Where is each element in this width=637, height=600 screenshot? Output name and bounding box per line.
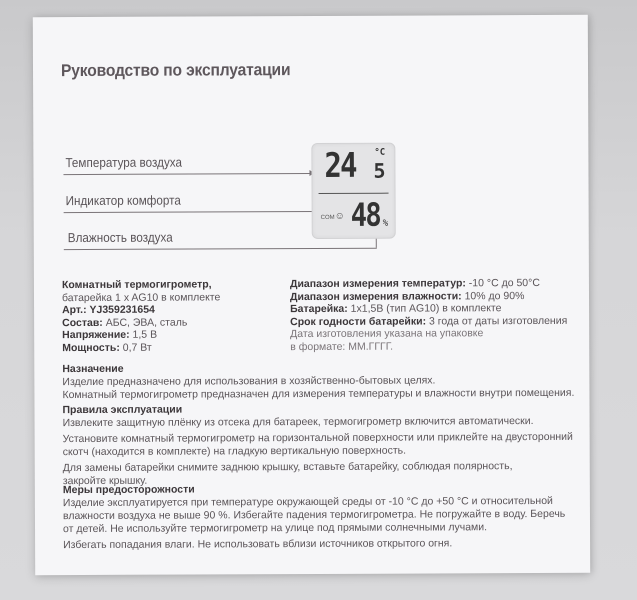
section-rules: Правила эксплуатации Извлеките защитную … bbox=[62, 402, 582, 488]
humidity-range-label: Диапазон измерения влажности: bbox=[290, 290, 462, 303]
manufacture-note-1: Дата изготовления указана на упаковке bbox=[290, 327, 567, 341]
comfort-label: COM bbox=[321, 215, 335, 221]
page-title: Руководство по эксплуатации bbox=[61, 60, 290, 81]
composition-label: Состав: bbox=[62, 316, 103, 328]
label-comfort-indicator: Индикатор комфорта bbox=[66, 193, 181, 209]
manufacture-note-2: в формате: ММ.ГГГГ. bbox=[290, 339, 567, 353]
humidity-range-value: 10% до 90% bbox=[462, 290, 525, 302]
voltage-label: Напряжение: bbox=[62, 329, 130, 341]
product-article: Арт.: YJ359231654 bbox=[62, 304, 155, 316]
temp-range-label: Диапазон измерения температур: bbox=[290, 277, 466, 290]
section-line: от детей. Не используйте термогигрометр … bbox=[63, 521, 583, 536]
power-value: 0,7 Вт bbox=[120, 341, 152, 353]
humidity-unit: % bbox=[383, 219, 388, 229]
specifications: Диапазон измерения температур: -10 °С до… bbox=[290, 277, 567, 353]
smiley-face-icon: ☺ bbox=[335, 211, 345, 222]
battery-life-label: Срок годности батарейки: bbox=[290, 315, 426, 328]
leader-line-temperature bbox=[63, 173, 311, 175]
composition-value: АБС, ЭВА, сталь bbox=[103, 316, 188, 328]
section-line: Для замены батарейки снимите заднюю крыш… bbox=[63, 460, 583, 475]
leader-line-humidity bbox=[64, 248, 377, 250]
product-name-line1: Комнатный термогигрометр, bbox=[62, 278, 212, 291]
section-line: Комнатный термогигрометр предназначен дл… bbox=[62, 387, 582, 402]
battery-life-value: 3 года от даты изготовления bbox=[426, 314, 567, 327]
power-label: Мощность: bbox=[62, 341, 120, 353]
section-line: Извлеките защитную плёнку из отсека для … bbox=[63, 415, 583, 430]
battery-label: Батарейка: bbox=[290, 303, 348, 315]
section-line: влажности воздуха не выше 90 %. Избегайт… bbox=[63, 508, 583, 523]
section-precautions: Меры предосторожности Изделие эксплуатир… bbox=[63, 482, 583, 552]
label-air-temperature: Температура воздуха bbox=[65, 155, 182, 171]
product-name-line2: батарейка 1 x AG10 в комплекте bbox=[62, 291, 220, 304]
product-info: Комнатный термогигрометр, батарейка 1 x … bbox=[62, 278, 221, 354]
temperature-reading: 24 bbox=[324, 146, 356, 186]
section-line: Избегать попадания влаги. Не использоват… bbox=[63, 537, 583, 552]
battery-value: 1х1,5В (тип AG10) в комплекте bbox=[348, 302, 502, 315]
instruction-sheet: Руководство по эксплуатации Температура … bbox=[33, 15, 590, 575]
temp-range-value: -10 °С до 50°С bbox=[466, 277, 540, 289]
section-line: скотч (находится в комплекте) на гладкую… bbox=[63, 444, 583, 459]
voltage-value: 1,5 В bbox=[130, 329, 157, 341]
section-line: Установите комнатный термогигрометр на г… bbox=[63, 431, 583, 446]
label-air-humidity: Влажность воздуха bbox=[68, 230, 173, 245]
thermohygrometer-display: 24 °C 5 COM ☺ 48 % bbox=[311, 143, 395, 239]
temperature-unit: °C bbox=[374, 148, 385, 158]
display-divider bbox=[319, 193, 389, 194]
leader-line-comfort bbox=[64, 211, 318, 213]
section-purpose: Назначение Изделие предназначено для исп… bbox=[62, 361, 582, 402]
temperature-decimal: 5 bbox=[373, 159, 385, 183]
humidity-reading: 48 bbox=[351, 196, 381, 234]
